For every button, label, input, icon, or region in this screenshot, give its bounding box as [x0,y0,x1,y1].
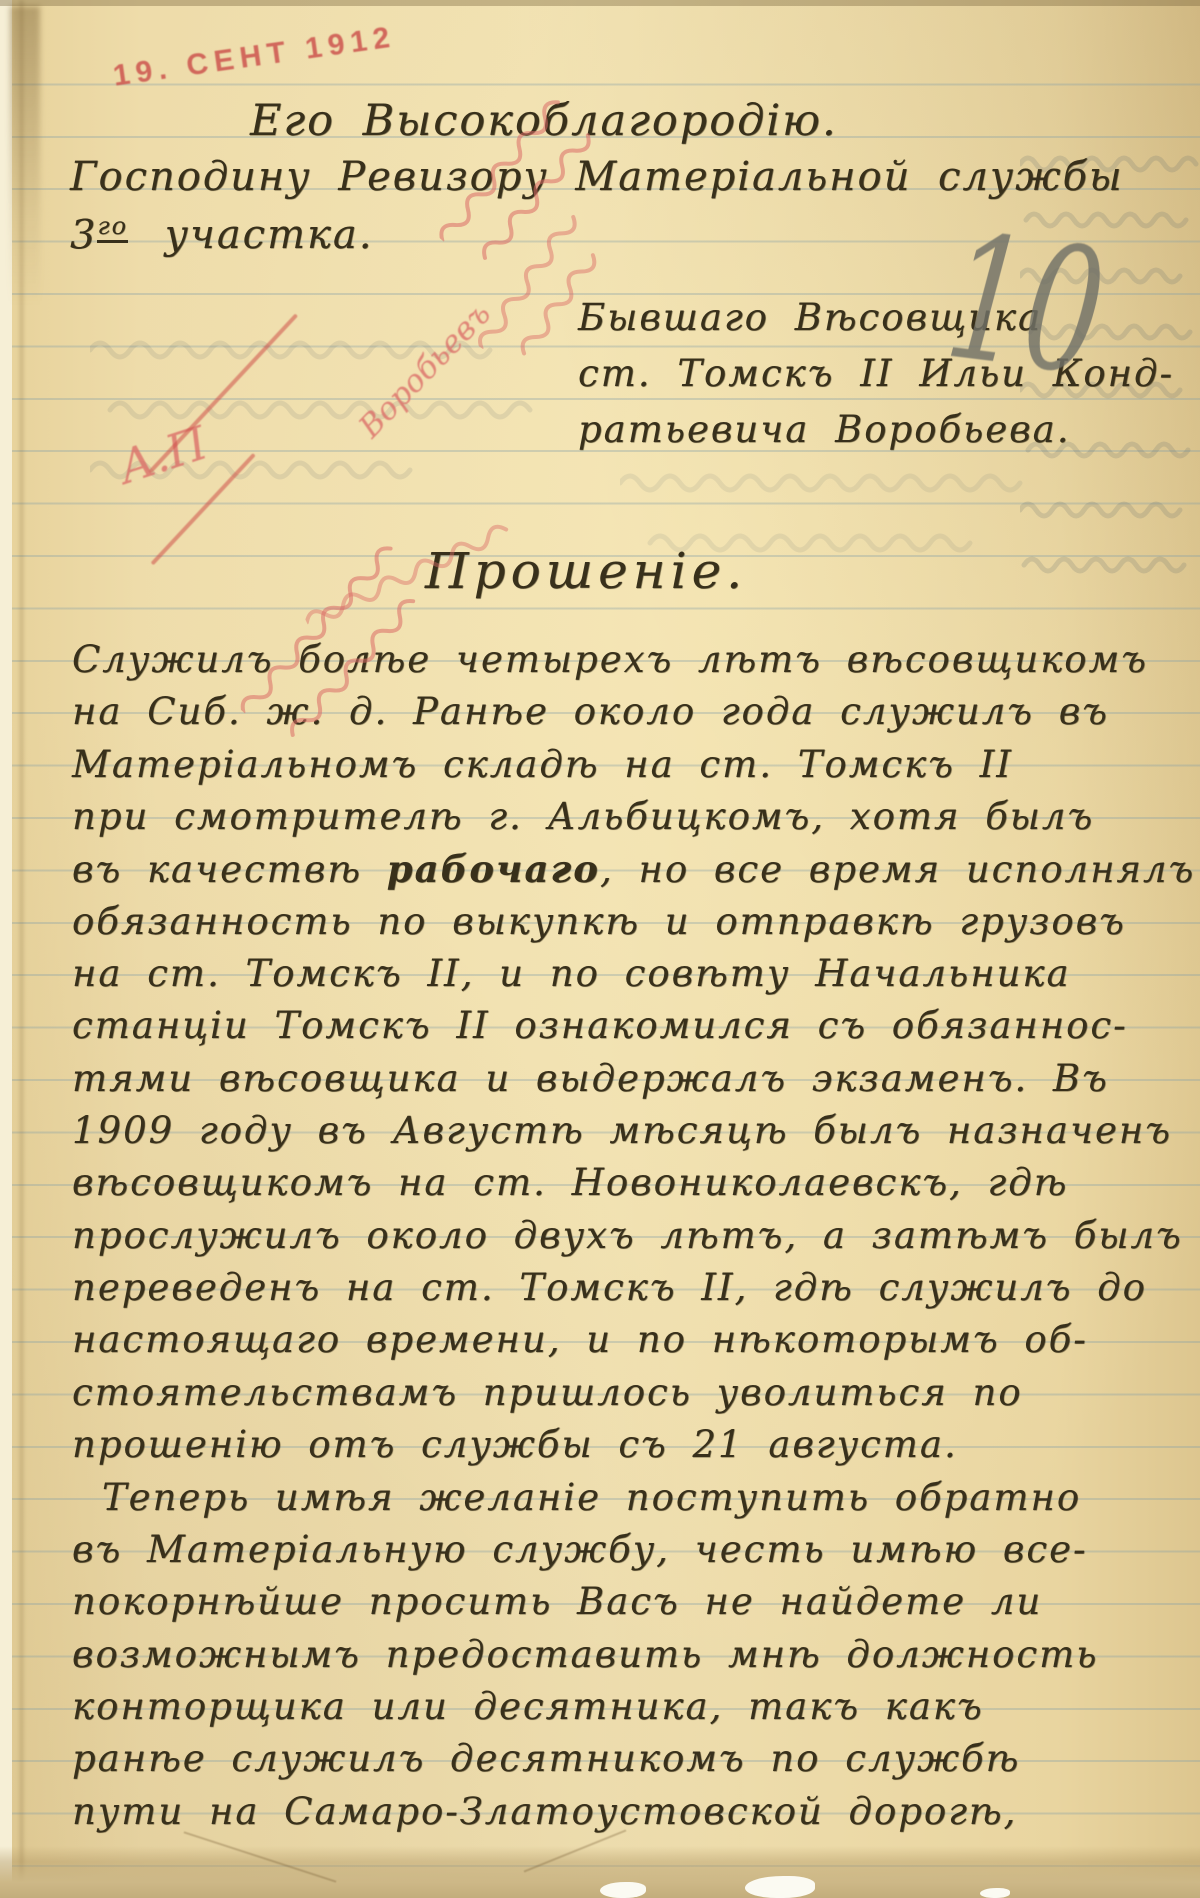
body-line: прослужилъ около двухъ лѣтъ, а затѣмъ бы… [0,1214,1200,1266]
body-line: конторщика или десятника, такъ какъ [0,1685,1200,1737]
body-line: станціи Томскъ II ознакомился съ обязанн… [0,1004,1200,1056]
edge-smudge [10,6,40,306]
body-line-emphasis: рабочаго [387,847,600,891]
body-line: пути на Самаро-Златоустовской дорогѣ, [0,1790,1200,1842]
district-word: участка. [165,212,374,258]
body-line: обязанность по выкупкѣ и отправкѣ грузов… [0,900,1200,952]
body-line-segment: , но все время исполнялъ [600,848,1195,891]
district-number: 3 [70,212,97,258]
date-stamp: 19. СЕНТ 1912 [111,20,398,93]
paper-tear [600,1882,646,1898]
body-line-paragraph-start: Теперь имѣя желаніе поступить обратно [0,1476,1200,1528]
body-line: настоящаго времени, и по нѣкоторымъ об- [0,1318,1200,1370]
petitioner-surname-line: ратьевича Воробьева. [578,408,1070,451]
body-line: Служилъ болѣе четырехъ лѣтъ вѣсовщикомъ [0,638,1200,690]
body-line: стоятельствамъ пришлось уволиться по [0,1371,1200,1423]
body-line: на ст. Томскъ II, и по совѣту Начальника [0,952,1200,1004]
body-line: при смотрителѣ г. Альбицкомъ, хотя былъ [0,795,1200,847]
body-line: въ качествѣ рабочаго, но все время испол… [0,847,1200,899]
body-line: на Сиб. ж. д. Ранѣе около года служилъ в… [0,690,1200,742]
body-line: прошенію отъ службы съ 21 августа. [0,1423,1200,1475]
district-line: 3го участка. [70,212,373,258]
paper-tear [745,1876,815,1898]
petition-body: Служилъ болѣе четырехъ лѣтъ вѣсовщикомъ … [0,638,1200,1842]
body-line: тями вѣсовщика и выдержалъ экзаменъ. Въ [0,1057,1200,1109]
body-line: ранѣе служилъ десятникомъ по службѣ [0,1737,1200,1789]
body-line: возможнымъ предоставить мнѣ должность [0,1633,1200,1685]
body-line: вѣсовщикомъ на ст. Новониколаевскъ, гдѣ [0,1161,1200,1213]
body-line: Матеріальномъ складѣ на ст. Томскъ II [0,743,1200,795]
page-number: 10 [938,196,1115,414]
body-line: 1909 году въ Августѣ мѣсяцѣ былъ назначе… [0,1109,1200,1161]
page-edge [0,0,1200,6]
body-line: покорнѣйше просить Васъ не найдете ли [0,1580,1200,1632]
body-line-segment: въ качествѣ [72,848,387,891]
body-line: въ Матеріальную службу, честь имѣю все- [0,1528,1200,1580]
ordinal-suffix: го [97,212,128,243]
paper-tear [980,1888,1010,1898]
body-line: переведенъ на ст. Томскъ II, гдѣ служилъ… [0,1266,1200,1318]
scanned-document-page: 19. СЕНТ 1912 10 Его Высокоблагородію. Г… [0,0,1200,1898]
